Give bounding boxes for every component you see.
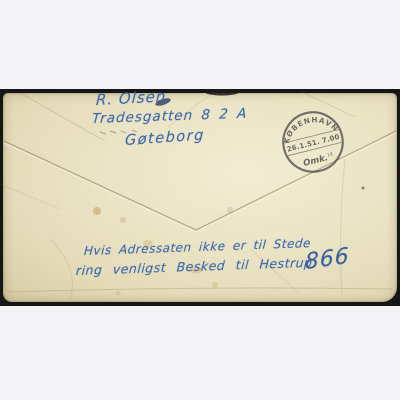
postmark: KØBENHAVN 26.1.51. 7.00 Omk. 18 (280, 109, 346, 175)
sender-name: R. Olsen (96, 87, 167, 109)
page-background: R. Olsen Tradesgatten 8 2 A Gøteborg KØB… (0, 0, 400, 400)
postmark-index: 18 (327, 151, 334, 158)
envelope-photo: R. Olsen Tradesgatten 8 2 A Gøteborg KØB… (0, 89, 400, 306)
postmark-type: Omk. (302, 153, 329, 169)
